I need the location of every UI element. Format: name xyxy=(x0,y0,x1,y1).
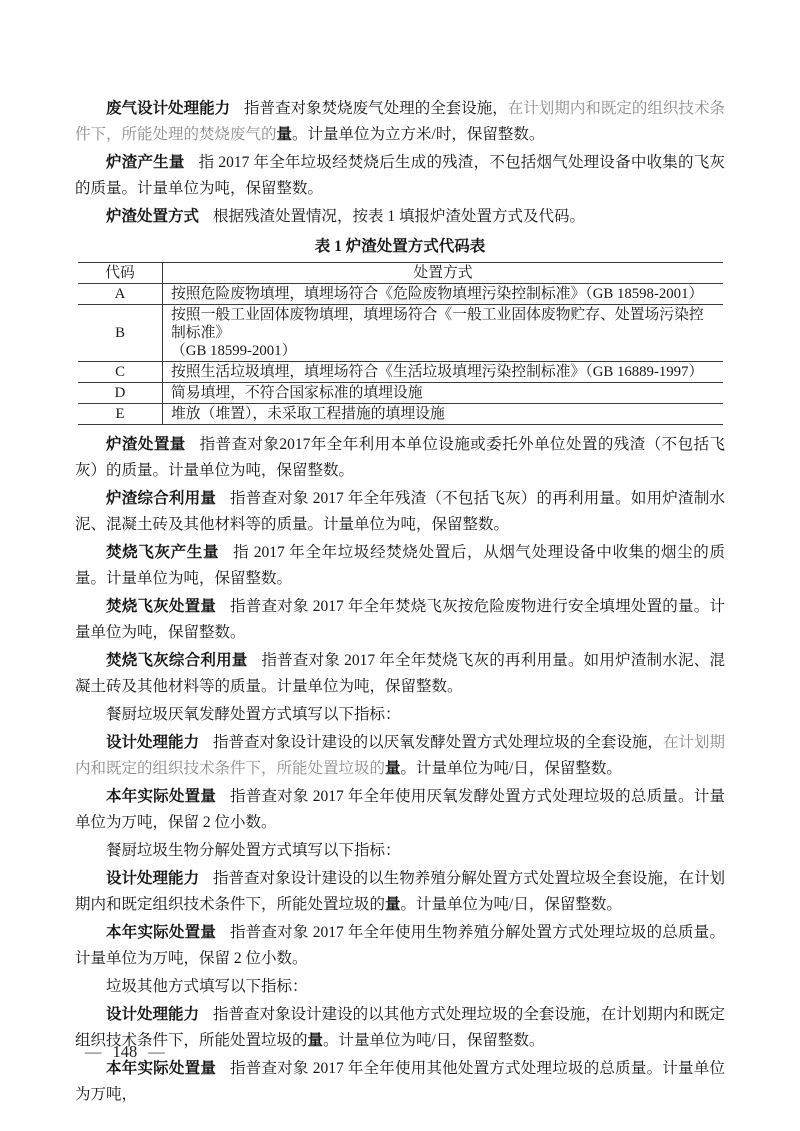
para-slag-comprehensive-use: 炉渣综合利用量指普查对象 2017 年全年残渣（不包括飞灰）的再利用量。如用炉渣… xyxy=(75,486,725,538)
footer-right-dash: — xyxy=(148,1042,165,1061)
para-slag-output-text: 炉渣产生量 xyxy=(106,154,185,171)
para-slag-disposal-amount-text: 炉渣处置量 xyxy=(106,436,186,453)
para-anaerobic-actual-amount: 本年实际处置量指普查对象 2017 年全年使用厌氧发酵处置方式处理垃圾的总质量。… xyxy=(75,784,725,836)
paragraph-group-after-table: 炉渣处置量指普查对象2017年全年利用本单位设施或委托外单位处置的残渣（不包括飞… xyxy=(75,432,725,1108)
code-cell: E xyxy=(78,404,163,425)
para-kitchen-anaerobic-intro: 餐厨垃圾厌氧发酵处置方式填写以下指标： xyxy=(75,702,725,728)
para-fly-ash-disposal-text: 焚烧飞灰处置量 xyxy=(106,598,216,615)
page-footer: —148— xyxy=(85,1041,165,1063)
para-anaerobic-design-capacity-text: 。计量单位为吨/日，保留整数。 xyxy=(401,760,622,777)
para-kitchen-bio-intro-text: 餐厨垃圾生物分解处置方式填写以下指标： xyxy=(106,842,401,859)
para-anaerobic-actual-amount-text: 本年实际处置量 xyxy=(106,788,216,805)
para-anaerobic-design-capacity-text: 量 xyxy=(385,760,401,777)
para-other-design-capacity-text: 设计处理能力 xyxy=(106,1006,199,1023)
table-header-row: 代码 处置方式 xyxy=(78,263,723,284)
table-row-code-C: C按照生活垃圾填埋，填埋场符合《生活垃圾填埋污染控制标准》（GB 16889-1… xyxy=(78,362,723,383)
table-row-code-D: D简易填埋，不符合国家标准的填埋设施 xyxy=(78,383,723,404)
para-other-actual-amount: 本年实际处置量指普查对象 2017 年全年使用其他处置方式处理垃圾的总质量。计量… xyxy=(75,1056,725,1108)
para-fly-ash-comprehensive-use: 焚烧飞灰综合利用量指普查对象 2017 年全年焚烧飞灰的再利用量。如用炉渣制水泥… xyxy=(75,648,725,700)
para-other-intro: 垃圾其他方式填写以下指标： xyxy=(75,974,725,1000)
para-slag-disposal-amount: 炉渣处置量指普查对象2017年全年利用本单位设施或委托外单位处置的残渣（不包括飞… xyxy=(75,432,725,484)
para-anaerobic-design-capacity-text: 设计处理能力 xyxy=(106,734,199,751)
method-cell: 按照危险废物填埋，填埋场符合《危险废物填埋污染控制标准》（GB 18598-20… xyxy=(163,284,724,305)
table-header-method: 处置方式 xyxy=(163,263,724,284)
para-slag-disposal-method-text: 炉渣处置方式 xyxy=(106,208,199,225)
method-cell: 按照一般工业固体废物填埋，填埋场符合《一般工业固体废物贮存、处置场污染控制标准》… xyxy=(163,305,724,362)
table-row-code-A: A按照危险废物填埋，填埋场符合《危险废物填埋污染控制标准》（GB 18598-2… xyxy=(78,284,723,305)
para-other-design-capacity: 设计处理能力指普查对象设计建设的以其他方式处理垃圾的全套设施，在计划期内和既定组… xyxy=(75,1002,725,1054)
para-slag-comprehensive-use-text: 炉渣综合利用量 xyxy=(106,490,216,507)
para-slag-disposal-method-text: 根据残渣处置情况，按表 1 填报炉渣处置方式及代码。 xyxy=(213,208,585,225)
table-title: 表 1 炉渣处置方式代码表 xyxy=(75,235,725,259)
table-row-code-E: E堆放（堆置），未采取工程措施的填埋设施 xyxy=(78,404,723,425)
para-waste-gas-design-capacity-text: 量 xyxy=(277,126,293,143)
para-other-design-capacity-text: 。计量单位为吨/日，保留整数。 xyxy=(323,1032,544,1049)
code-cell: C xyxy=(78,362,163,383)
slag-disposal-code-table: 代码 处置方式 A按照危险废物填埋，填埋场符合《危险废物填埋污染控制标准》（GB… xyxy=(78,262,723,425)
para-other-intro-text: 垃圾其他方式填写以下指标： xyxy=(106,978,308,995)
para-slag-output: 炉渣产生量指 2017 年全年垃圾经焚烧后生成的残渣，不包括烟气处理设备中收集的… xyxy=(75,150,725,202)
para-fly-ash-output: 焚烧飞灰产生量指 2017 年全年垃圾经焚烧处置后，从烟气处理设备中收集的烟尘的… xyxy=(75,540,725,592)
para-anaerobic-design-capacity-text: 指普查对象设计建设的以厌氧发酵处置方式处理垃圾的全套设施， xyxy=(213,734,663,751)
code-cell: B xyxy=(78,305,163,362)
para-fly-ash-disposal: 焚烧飞灰处置量指普查对象 2017 年全年焚烧飞灰按危险废物进行安全填埋处置的量… xyxy=(75,594,725,646)
code-cell: D xyxy=(78,383,163,404)
page-number: 148 xyxy=(113,1042,138,1061)
para-other-design-capacity-text: 量 xyxy=(308,1032,324,1049)
para-fly-ash-output-text: 焚烧飞灰产生量 xyxy=(106,544,219,561)
para-bio-actual-amount: 本年实际处置量指普查对象 2017 年全年使用生物养殖分解处置方式处理垃圾的总质… xyxy=(75,920,725,972)
method-cell: 堆放（堆置），未采取工程措施的填埋设施 xyxy=(163,404,724,425)
code-cell: A xyxy=(78,284,163,305)
para-waste-gas-design-capacity-text: 。计量单位为立方米/时，保留整数。 xyxy=(292,126,544,143)
para-fly-ash-comprehensive-use-text: 焚烧飞灰综合利用量 xyxy=(106,652,248,669)
para-bio-design-capacity-text: 。计量单位为吨/日，保留整数。 xyxy=(401,896,622,913)
para-waste-gas-design-capacity-text: 指普查对象焚烧废气处理的全套设施， xyxy=(244,100,508,117)
table-header-code: 代码 xyxy=(78,263,163,284)
para-slag-disposal-method: 炉渣处置方式根据残渣处置情况，按表 1 填报炉渣处置方式及代码。 xyxy=(75,204,725,230)
para-bio-design-capacity-text: 设计处理能力 xyxy=(106,870,199,887)
method-cell: 简易填埋，不符合国家标准的填埋设施 xyxy=(163,383,724,404)
para-bio-design-capacity: 设计处理能力指普查对象设计建设的以生物养殖分解处置方式处置垃圾全套设施，在计划期… xyxy=(75,866,725,918)
para-waste-gas-design-capacity-text: 废气设计处理能力 xyxy=(106,100,230,117)
para-anaerobic-design-capacity: 设计处理能力指普查对象设计建设的以厌氧发酵处置方式处理垃圾的全套设施，在计划期内… xyxy=(75,730,725,782)
footer-left-dash: — xyxy=(85,1042,102,1061)
para-bio-design-capacity-text: 量 xyxy=(385,896,401,913)
para-bio-actual-amount-text: 本年实际处置量 xyxy=(106,924,216,941)
para-kitchen-anaerobic-intro-text: 餐厨垃圾厌氧发酵处置方式填写以下指标： xyxy=(106,706,401,723)
para-waste-gas-design-capacity: 废气设计处理能力指普查对象焚烧废气处理的全套设施，在计划期内和既定的组织技术条件… xyxy=(75,96,725,148)
paragraph-group-before-table: 废气设计处理能力指普查对象焚烧废气处理的全套设施，在计划期内和既定的组织技术条件… xyxy=(75,96,725,230)
document-page: { "colors": { "text": "#161616", "muted_… xyxy=(0,0,800,1131)
para-kitchen-bio-intro: 餐厨垃圾生物分解处置方式填写以下指标： xyxy=(75,838,725,864)
method-cell: 按照生活垃圾填埋，填埋场符合《生活垃圾填埋污染控制标准》（GB 16889-19… xyxy=(163,362,724,383)
page-content: 废气设计处理能力指普查对象焚烧废气处理的全套设施，在计划期内和既定的组织技术条件… xyxy=(75,96,725,1108)
table-row-code-B: B按照一般工业固体废物填埋，填埋场符合《一般工业固体废物贮存、处置场污染控制标准… xyxy=(78,305,723,362)
